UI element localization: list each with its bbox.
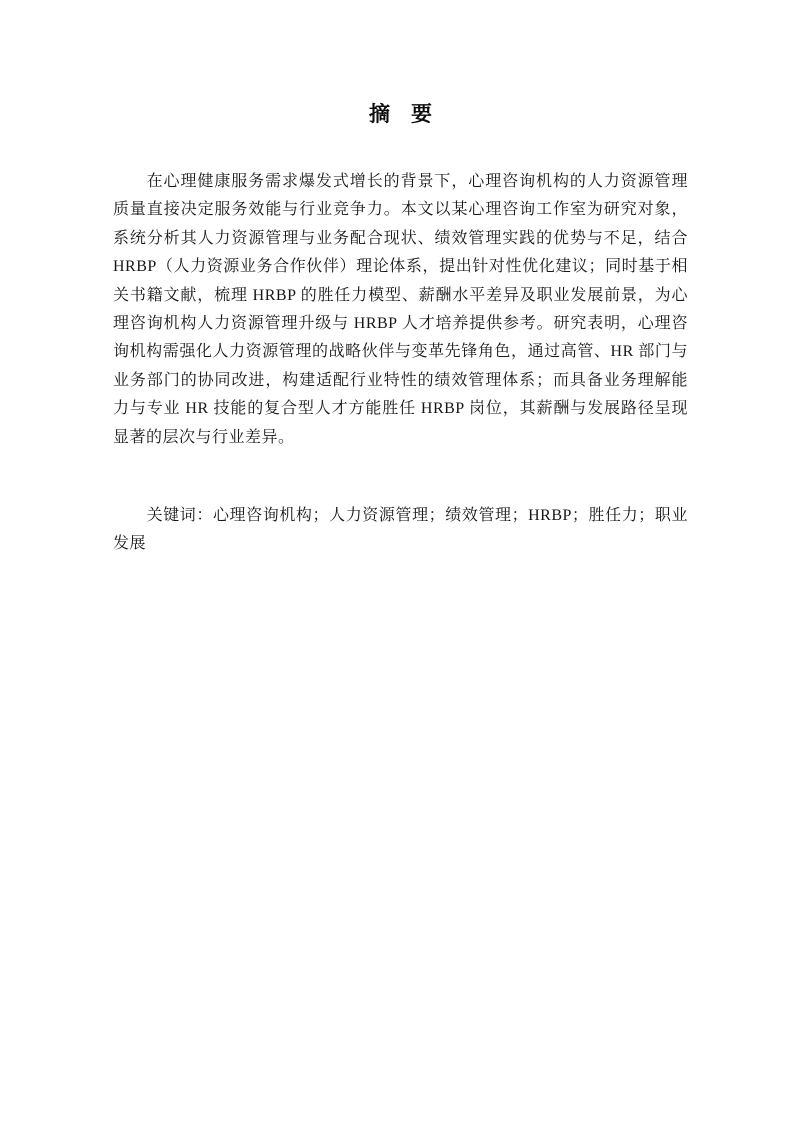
keywords-line: 关键词：心理咨询机构；人力资源管理；绩效管理；HRBP；胜任力；职业发展 <box>113 502 688 559</box>
keywords-label: 关键词： <box>147 507 213 524</box>
abstract-paragraph: 在心理健康服务需求爆发式增长的背景下，心理咨询机构的人力资源管理质量直接决定服务… <box>113 168 688 452</box>
page-title: 摘 要 <box>113 101 688 128</box>
document-page: 摘 要 在心理健康服务需求爆发式增长的背景下，心理咨询机构的人力资源管理质量直接… <box>0 0 793 1122</box>
